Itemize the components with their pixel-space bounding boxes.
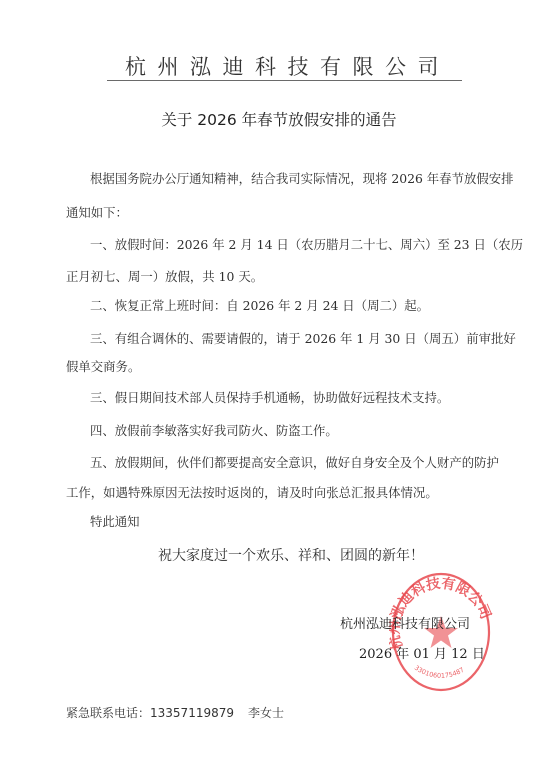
svg-text:3301060175487: 3301060175487 xyxy=(413,664,466,680)
signature-date: 2026 年 01 月 12 日 xyxy=(359,643,485,662)
item-1-line-2: 正月初七、周一）放假，共 10 天。 xyxy=(66,269,263,285)
contact-label: 紧急联系电话： xyxy=(66,706,150,720)
item-4-line-1: 三、假日期间技术部人员保持手机通畅，协助做好远程技术支持。 xyxy=(90,390,449,406)
signature-company: 杭州泓迪科技有限公司 xyxy=(340,613,470,632)
item-3-line-1: 三、有组合调休的、需要请假的，请于 2026 年 1 月 30 日（周五）前审批… xyxy=(90,331,516,347)
notice-title: 关于 2026 年春节放假安排的通告 xyxy=(0,108,558,130)
contact-phone: 13357119879 xyxy=(150,706,234,720)
item-6-line-2: 工作，如遇特殊原因无法按时返岗的，请及时向张总汇报具体情况。 xyxy=(66,485,438,501)
contact-person: 李女士 xyxy=(248,706,284,720)
item-6-line-1: 五、放假期间，伙伴们都要提高安全意识，做好自身安全及个人财产的防护 xyxy=(90,455,499,471)
item-2-line-1: 二、恢复正常上班时间：自 2026 年 2 月 24 日（周二）起。 xyxy=(90,298,429,314)
company-seal-icon: 杭州泓迪科技有限公司 3301060175487 xyxy=(389,570,493,694)
item-3-line-2: 假单交商务。 xyxy=(66,359,140,375)
intro-line-2: 通知如下： xyxy=(66,205,128,221)
intro-line-1: 根据国务院办公厅通知精神，结合我司实际情况，现将 2026 年春节放假安排 xyxy=(90,171,514,187)
notice-document: 杭州泓迪科技有限公司 关于 2026 年春节放假安排的通告 根据国务院办公厅通知… xyxy=(0,0,558,782)
item-1-line-1: 一、放假时间：2026 年 2 月 14 日（农历腊月二十七、周六）至 23 日… xyxy=(90,237,523,253)
new-year-wish: 祝大家度过一个欢乐、祥和、团圆的新年！ xyxy=(158,545,424,565)
emergency-contact: 紧急联系电话：13357119879李女士 xyxy=(66,704,284,721)
closing-text: 特此通知 xyxy=(90,514,140,530)
company-letterhead: 杭州泓迪科技有限公司 xyxy=(107,55,462,81)
item-5-line-1: 四、放假前李敏落实好我司防火、防盗工作。 xyxy=(90,423,338,439)
